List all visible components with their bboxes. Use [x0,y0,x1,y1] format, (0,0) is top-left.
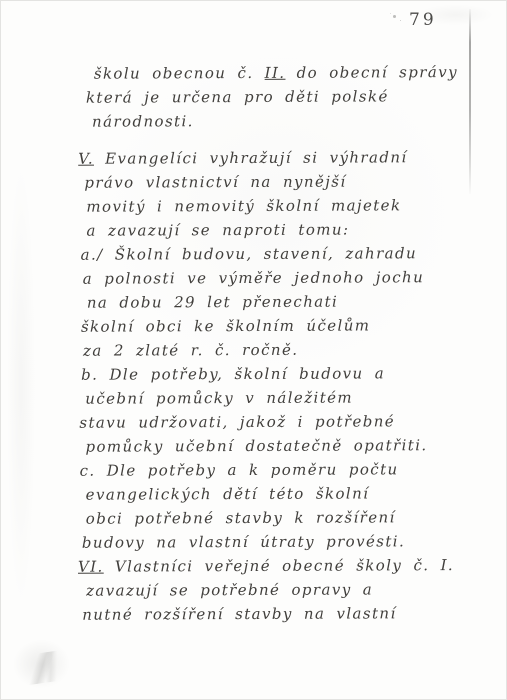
handwritten-line: za 2 zlaté r. č. ročně. [83,337,481,363]
handwritten-line: VI. Vlastníci veřejné obecné školy č. I. [78,553,482,579]
handwritten-line: na dobu 29 let přenechati [87,289,481,315]
line-text: školu obecnou č. [94,64,265,83]
roman-numeral: V. [78,150,94,168]
handwritten-line: školní obci ke školním účelům [81,313,481,339]
scan-smudge [5,648,78,687]
handwritten-line: budovy na vlastní útraty provésti. [82,529,482,555]
handwritten-line: pomůcky učební dostatečně opatřiti. [85,433,481,459]
ink-speck [393,15,396,18]
page-number: 79 [409,10,437,30]
handwritten-line: která je určena pro děti polské [86,84,480,110]
handwritten-line: učební pomůcky v náležitém [85,385,481,411]
handwritten-line: a zavazují se naproti tomu: [86,217,480,243]
line-text: do obecní správy [285,63,458,82]
handwritten-line: národnosti. [92,108,480,134]
handwritten-text-block: školu obecnou č. II. do obecní správy kt… [0,60,482,627]
scanned-manuscript-page: 79 školu obecnou č. II. do obecní správy… [0,0,507,700]
handwritten-line: b. Dle potřeby, školní budovu a [81,361,481,387]
handwritten-line: a./ Školní budovu, stavení, zahradu [81,241,481,267]
handwritten-line: právo vlastnictví na nynější [84,169,480,195]
handwritten-line: c. Dle potřeby a k poměru počtu [80,457,482,483]
roman-numeral: II. [265,64,286,82]
handwritten-line: obci potřebné stavby k rozšíření [86,505,482,531]
handwritten-line: školu obecnou č. II. do obecní správy [94,60,480,86]
handwritten-line: movitý i nemovitý školní majetek [86,193,480,219]
line-text: Evangelíci vyhražují si výhradní [94,148,408,167]
handwritten-line: nutné rozšíření stavby na vlastní [82,601,482,627]
handwritten-line: stavu udržovati, jakož i potřebné [79,409,481,435]
handwritten-line: a polnosti ve výměře jednoho jochu [83,265,481,291]
handwritten-line: zavazují se potřebné opravy a [86,577,482,603]
handwritten-line: evangelických dětí této školní [86,481,482,507]
handwritten-line: V. Evangelíci vyhražují si výhradní [78,145,480,171]
roman-numeral: VI. [78,558,104,576]
line-text: Vlastníci veřejné obecné školy č. I. [104,556,454,576]
